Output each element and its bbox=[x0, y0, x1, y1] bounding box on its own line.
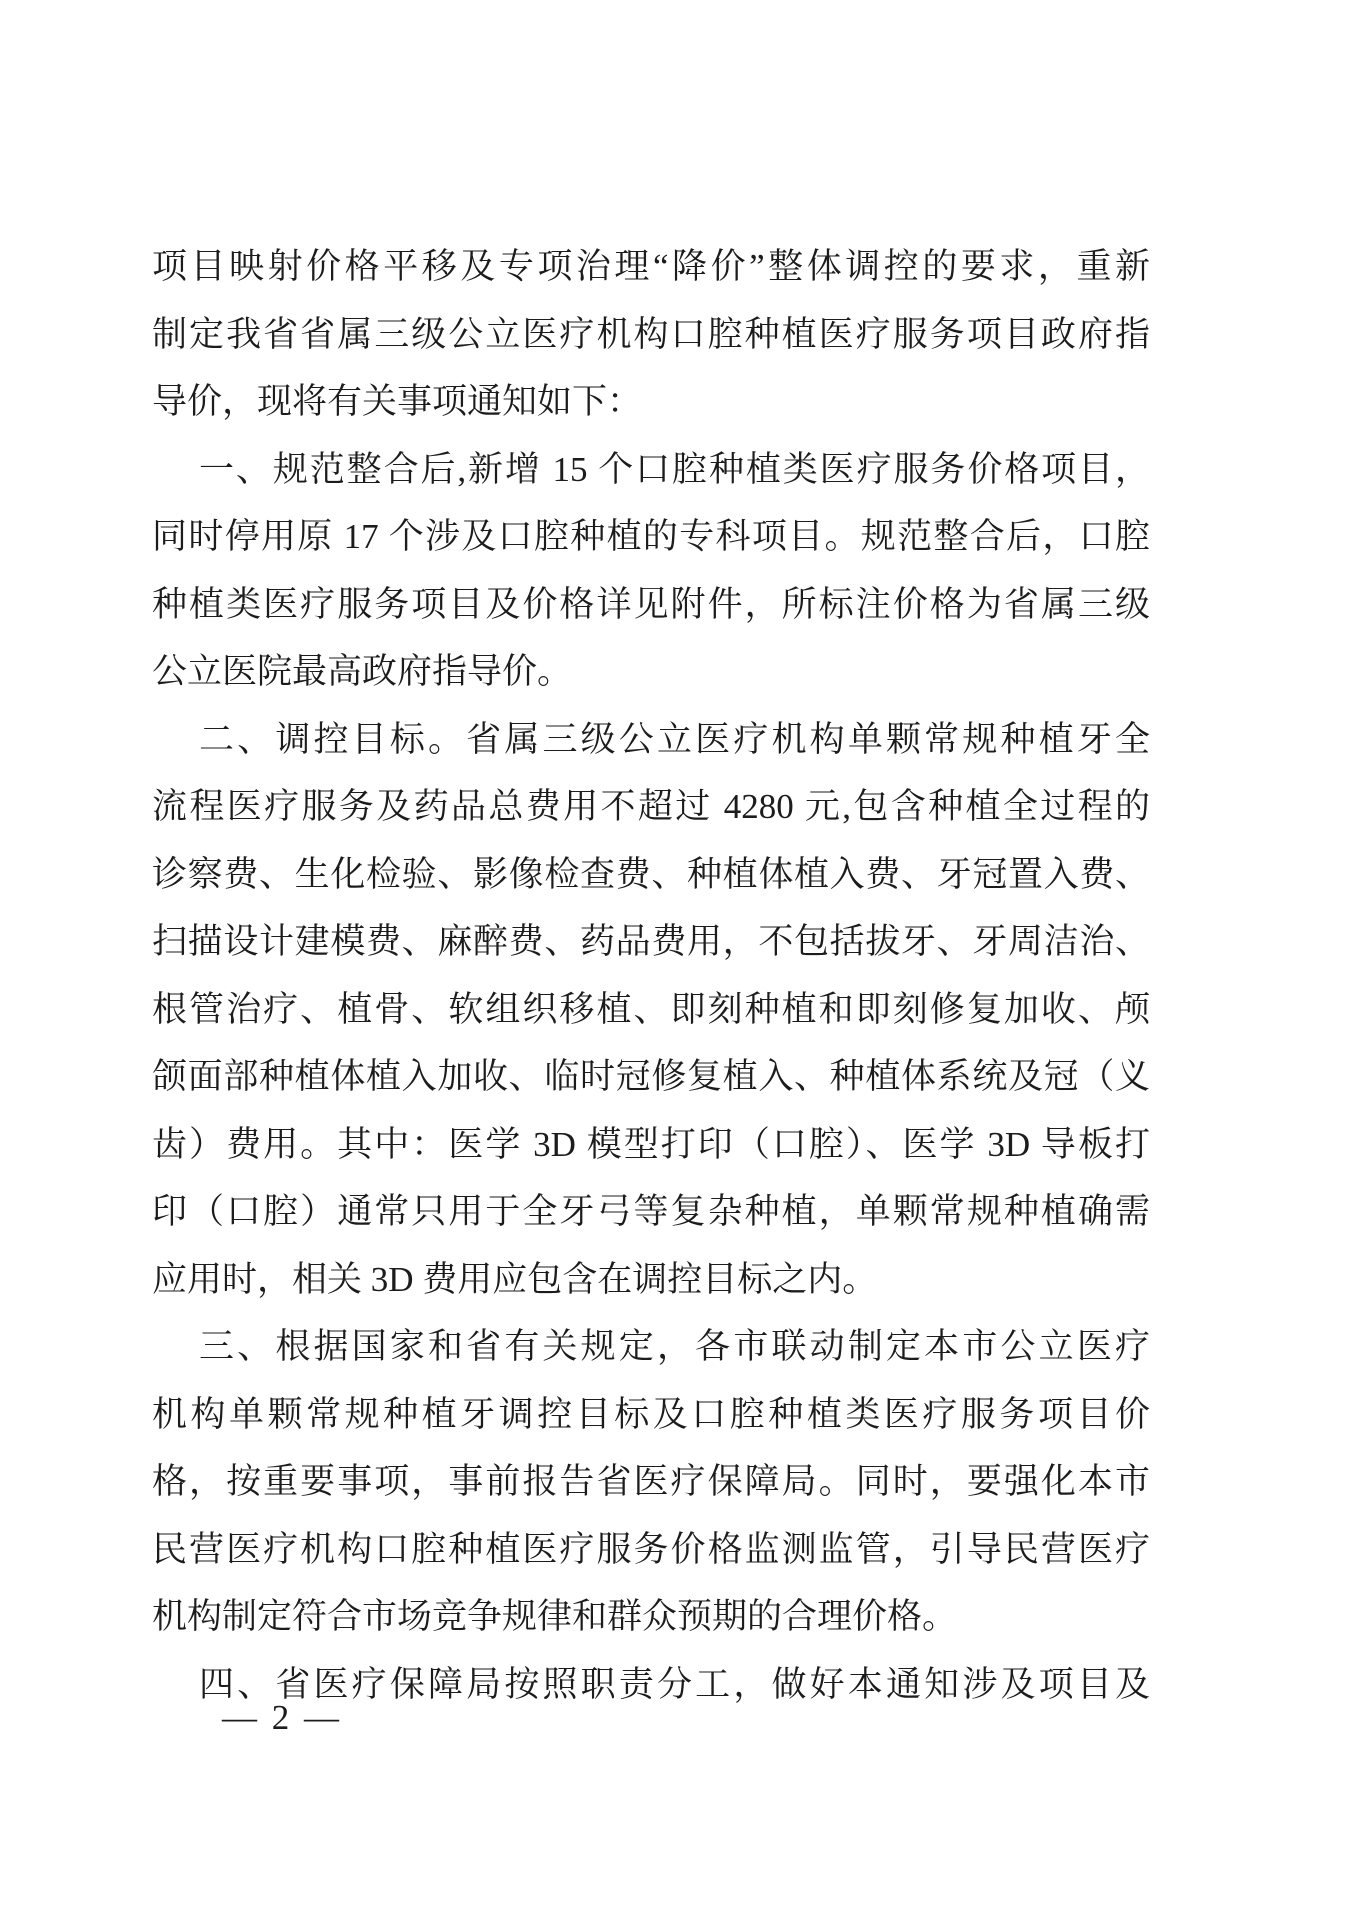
text-line: 齿）费用。其中：医学 3D 模型打印（口腔）、医学 3D 导板打 bbox=[152, 1111, 1150, 1179]
text-line: 三、根据国家和省有关规定，各市联动制定本市公立医疗 bbox=[152, 1313, 1150, 1381]
paragraph: 二、调控目标。省属三级公立医疗机构单颗常规种植牙全 流程医疗服务及药品总费用不超… bbox=[152, 706, 1150, 1314]
paragraph: 项目映射价格平移及专项治理“降价”整体调控的要求，重新 制定我省省属三级公立医疗… bbox=[152, 233, 1150, 436]
text-line: 印（口腔）通常只用于全牙弓等复杂种植，单颗常规种植确需 bbox=[152, 1178, 1150, 1246]
text-line: 公立医院最高政府指导价。 bbox=[152, 638, 1150, 706]
text-line: 导价，现将有关事项通知如下： bbox=[152, 368, 1150, 436]
text-line: 同时停用原 17 个涉及口腔种植的专科项目。规范整合后，口腔 bbox=[152, 503, 1150, 571]
text-line: 二、调控目标。省属三级公立医疗机构单颗常规种植牙全 bbox=[152, 706, 1150, 774]
text-line: 制定我省省属三级公立医疗机构口腔种植医疗服务项目政府指 bbox=[152, 301, 1150, 369]
text-line: 种植类医疗服务项目及价格详见附件，所标注价格为省属三级 bbox=[152, 571, 1150, 639]
document-page: 项目映射价格平移及专项治理“降价”整体调控的要求，重新 制定我省省属三级公立医疗… bbox=[0, 0, 1355, 1917]
text-line: 项目映射价格平移及专项治理“降价”整体调控的要求，重新 bbox=[152, 233, 1150, 301]
document-body: 项目映射价格平移及专项治理“降价”整体调控的要求，重新 制定我省省属三级公立医疗… bbox=[152, 233, 1150, 1718]
page-number: — 2 — bbox=[222, 1698, 342, 1738]
text-line: 颌面部种植体植入加收、临时冠修复植入、种植体系统及冠（义 bbox=[152, 1043, 1150, 1111]
text-line: 应用时，相关 3D 费用应包含在调控目标之内。 bbox=[152, 1246, 1150, 1314]
text-line: 扫描设计建模费、麻醉费、药品费用，不包括拔牙、牙周洁治、 bbox=[152, 908, 1150, 976]
text-line: 格，按重要事项，事前报告省医疗保障局。同时，要强化本市 bbox=[152, 1448, 1150, 1516]
text-line: 机构单颗常规种植牙调控目标及口腔种植类医疗服务项目价 bbox=[152, 1381, 1150, 1449]
text-line: 一、规范整合后,新增 15 个口腔种植类医疗服务价格项目， bbox=[152, 436, 1150, 504]
text-line: 机构制定符合市场竞争规律和群众预期的合理价格。 bbox=[152, 1583, 1150, 1651]
text-line: 流程医疗服务及药品总费用不超过 4280 元,包含种植全过程的 bbox=[152, 773, 1150, 841]
text-line: 根管治疗、植骨、软组织移植、即刻种植和即刻修复加收、颅 bbox=[152, 976, 1150, 1044]
paragraph: 一、规范整合后,新增 15 个口腔种植类医疗服务价格项目， 同时停用原 17 个… bbox=[152, 436, 1150, 706]
paragraph: 三、根据国家和省有关规定，各市联动制定本市公立医疗 机构单颗常规种植牙调控目标及… bbox=[152, 1313, 1150, 1651]
text-line: 民营医疗机构口腔种植医疗服务价格监测监管，引导民营医疗 bbox=[152, 1516, 1150, 1584]
text-line: 诊察费、生化检验、影像检查费、种植体植入费、牙冠置入费、 bbox=[152, 841, 1150, 909]
